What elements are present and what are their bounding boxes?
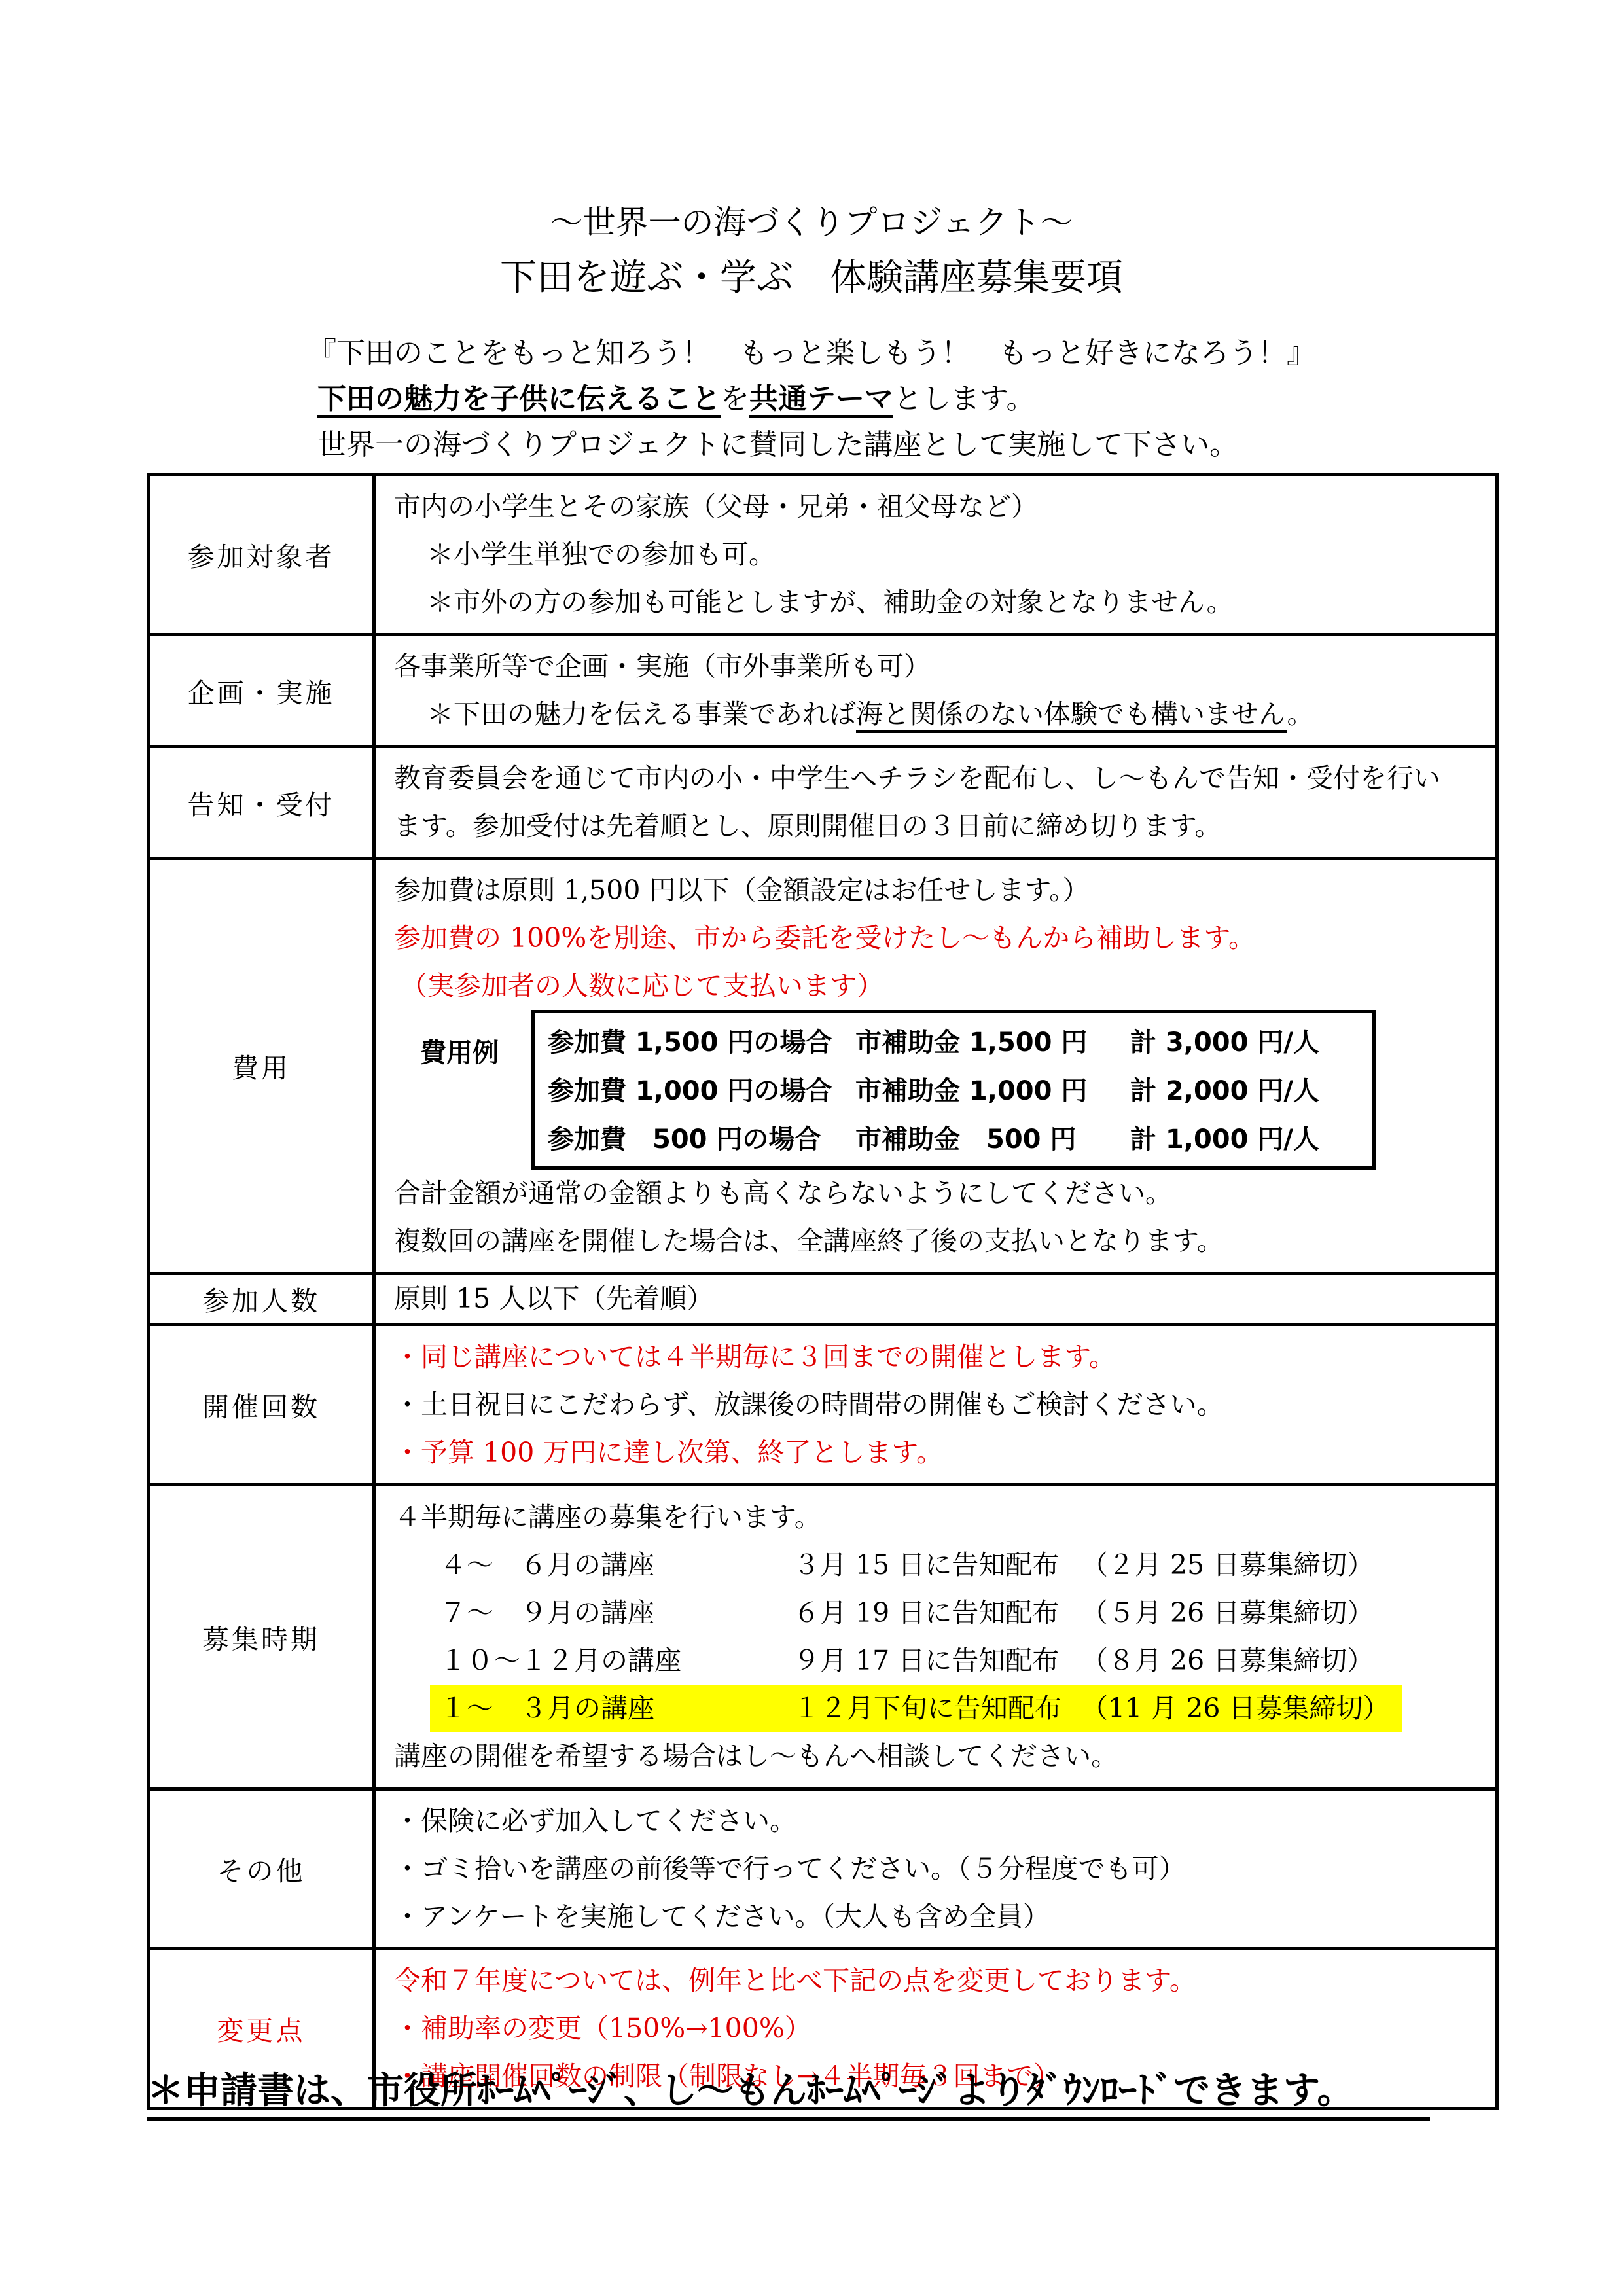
- instruction: 世界一の海づくりプロジェクトに賛同した講座として実施して下さい。: [308, 422, 1315, 468]
- label-plan: 企画・実施: [149, 635, 374, 747]
- label-count: 開催回数: [149, 1325, 374, 1485]
- project-title: ～世界一の海づくりプロジェクト～: [0, 196, 1623, 249]
- content-plan: 各事業所等で企画・実施（市外事業所も可） ＊下田の魅力を伝える事業であれば海と関…: [374, 635, 1497, 747]
- schedule-row: １０～１２月の講座９月 17 日に告知配布（８月 26 日募集締切）: [440, 1637, 1495, 1685]
- cost-example-row: 参加費 500 円の場合市補助金 500 円計 1,000 円/人: [548, 1115, 1327, 1164]
- label-other: その他: [149, 1789, 374, 1949]
- content-people: 原則 15 人以下（先着順）: [374, 1274, 1497, 1325]
- content-target: 市内の小学生とその家族（父母・兄弟・祖父母など） ＊小学生単独での参加も可。 ＊…: [374, 475, 1497, 635]
- label-target: 参加対象者: [149, 475, 374, 635]
- schedule-list: ４～ ６月の講座３月 15 日に告知配布（２月 25 日募集締切） ７～ ９月の…: [394, 1541, 1495, 1732]
- table-row-people: 参加人数 原則 15 人以下（先着順）: [149, 1274, 1497, 1325]
- common-theme: 下田の魅力を子供に伝えることを共通テーマとします。: [308, 376, 1315, 422]
- document-header: ～世界一の海づくりプロジェクト～ 下田を遊ぶ・学ぶ 体験講座募集要項: [0, 196, 1623, 308]
- theme-underlined: 下田の魅力を子供に伝えること: [317, 382, 721, 416]
- theme-keyword: 共通テーマ: [749, 382, 893, 416]
- label-cost: 費用: [149, 859, 374, 1274]
- highlight: １～ ３月の講座１２月下旬に告知配布（11 月 26 日募集締切）: [430, 1685, 1402, 1732]
- cost-example-row: 参加費 1,500 円の場合市補助金 1,500 円計 3,000 円/人: [548, 1018, 1327, 1067]
- table-row-count: 開催回数 ・同じ講座については４半期毎に３回までの開催とします。 ・土日祝日にこ…: [149, 1325, 1497, 1485]
- requirements-table: 参加対象者 市内の小学生とその家族（父母・兄弟・祖父母など） ＊小学生単独での参…: [147, 473, 1499, 2110]
- cost-example-row: 参加費 1,000 円の場合市補助金 1,000 円計 2,000 円/人: [548, 1067, 1327, 1115]
- slogan: 『下田のことをもっと知ろう！ もっと楽しもう！ もっと好きになろう！』: [308, 331, 1315, 376]
- table-row-cost: 費用 参加費は原則 1,500 円以下（金額設定はお任せします。） 参加費の 1…: [149, 859, 1497, 1274]
- cost-example-box: 参加費 1,500 円の場合市補助金 1,500 円計 3,000 円/人 参加…: [531, 1010, 1376, 1170]
- label-period: 募集時期: [149, 1485, 374, 1789]
- schedule-row: ７～ ９月の講座６月 19 日に告知配布（５月 26 日募集締切）: [440, 1589, 1495, 1637]
- content-period: ４半期毎に講座の募集を行います。 ４～ ６月の講座３月 15 日に告知配布（２月…: [374, 1485, 1497, 1789]
- table-row-notice: 告知・受付 教育委員会を通じて市内の小・中学生へチラシを配布し、し～もんで告知・…: [149, 747, 1497, 859]
- label-notice: 告知・受付: [149, 747, 374, 859]
- cost-example: 費用例 参加費 1,500 円の場合市補助金 1,500 円計 3,000 円/…: [401, 1010, 1495, 1170]
- table-row-target: 参加対象者 市内の小学生とその家族（父母・兄弟・祖父母など） ＊小学生単独での参…: [149, 475, 1497, 635]
- table-row-period: 募集時期 ４半期毎に講座の募集を行います。 ４～ ６月の講座３月 15 日に告知…: [149, 1485, 1497, 1789]
- intro-section: 『下田のことをもっと知ろう！ もっと楽しもう！ もっと好きになろう！』 下田の魅…: [308, 331, 1315, 468]
- content-notice: 教育委員会を通じて市内の小・中学生へチラシを配布し、し～もんで告知・受付を行い …: [374, 747, 1497, 859]
- content-other: ・保険に必ず加入してください。 ・ゴミ拾いを講座の前後等で行ってください。（５分…: [374, 1789, 1497, 1949]
- content-cost: 参加費は原則 1,500 円以下（金額設定はお任せします。） 参加費の 100%…: [374, 859, 1497, 1274]
- table-row-other: その他 ・保険に必ず加入してください。 ・ゴミ拾いを講座の前後等で行ってください…: [149, 1789, 1497, 1949]
- schedule-row: ４～ ６月の講座３月 15 日に告知配布（２月 25 日募集締切）: [440, 1541, 1495, 1589]
- cost-example-label: 費用例: [401, 1010, 531, 1077]
- plan-underlined-note: 海と関係のない体験でも構いません: [856, 698, 1287, 730]
- content-count: ・同じ講座については４半期毎に３回までの開催とします。 ・土日祝日にこだわらず、…: [374, 1325, 1497, 1485]
- table-row-plan: 企画・実施 各事業所等で企画・実施（市外事業所も可） ＊下田の魅力を伝える事業で…: [149, 635, 1497, 747]
- label-people: 参加人数: [149, 1274, 374, 1325]
- page-title: 下田を遊ぶ・学ぶ 体験講座募集要項: [0, 249, 1623, 308]
- application-download-note: ＊申請書は、市役所ﾎｰﾑﾍﾟｰｼﾞ、し～もんﾎｰﾑﾍﾟｰｼﾞよりﾀﾞｳﾝﾛｰﾄﾞ…: [147, 2062, 1430, 2121]
- schedule-row-highlighted: １～ ３月の講座１２月下旬に告知配布（11 月 26 日募集締切）: [440, 1685, 1495, 1732]
